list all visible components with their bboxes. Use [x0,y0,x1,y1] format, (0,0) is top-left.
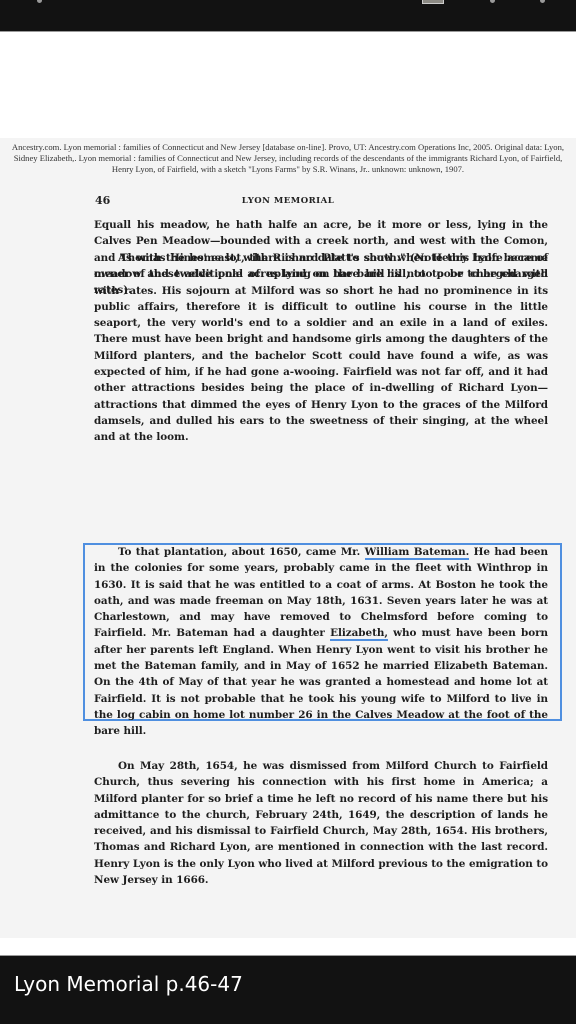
running-head: LYON MEMORIAL [0,196,576,206]
paragraph-3-highlighted: To that plantation, about 1650, came Mr.… [94,544,548,740]
paragraph-text: To that plantation, about 1650, came Mr. [118,546,365,558]
back-icon[interactable] [37,0,42,3]
underlined-name-elizabeth: Elizabeth, [330,627,388,641]
underlined-name-william-bateman: William Bateman. [365,546,470,560]
document-page: Ancestry.com. Lyon memorial : families o… [0,138,576,938]
paragraph-text: As with the home lot, there is no date t… [94,250,548,446]
citation: Ancestry.com. Lyon memorial : families o… [6,142,570,175]
paragraph-text: He had been in the colonies for some yea… [94,546,548,639]
image-viewer[interactable]: Ancestry.com. Lyon memorial : families o… [0,32,576,938]
paragraph-text: who must have been born after her parent… [94,627,548,737]
paragraph-4: On May 28th, 1654, he was dismissed from… [94,758,548,888]
more-icon[interactable] [490,0,495,3]
caption-title: Lyon Memorial p.46-47 [14,972,243,996]
paragraph-2: As with the home lot, there is no date t… [94,250,548,446]
top-toolbar [0,0,576,32]
paragraph-text: On May 28th, 1654, he was dismissed from… [94,758,548,888]
caption-bar: Lyon Memorial p.46-47 [0,955,576,1024]
overflow-icon[interactable] [540,0,545,3]
rectangle-icon[interactable] [422,0,444,4]
